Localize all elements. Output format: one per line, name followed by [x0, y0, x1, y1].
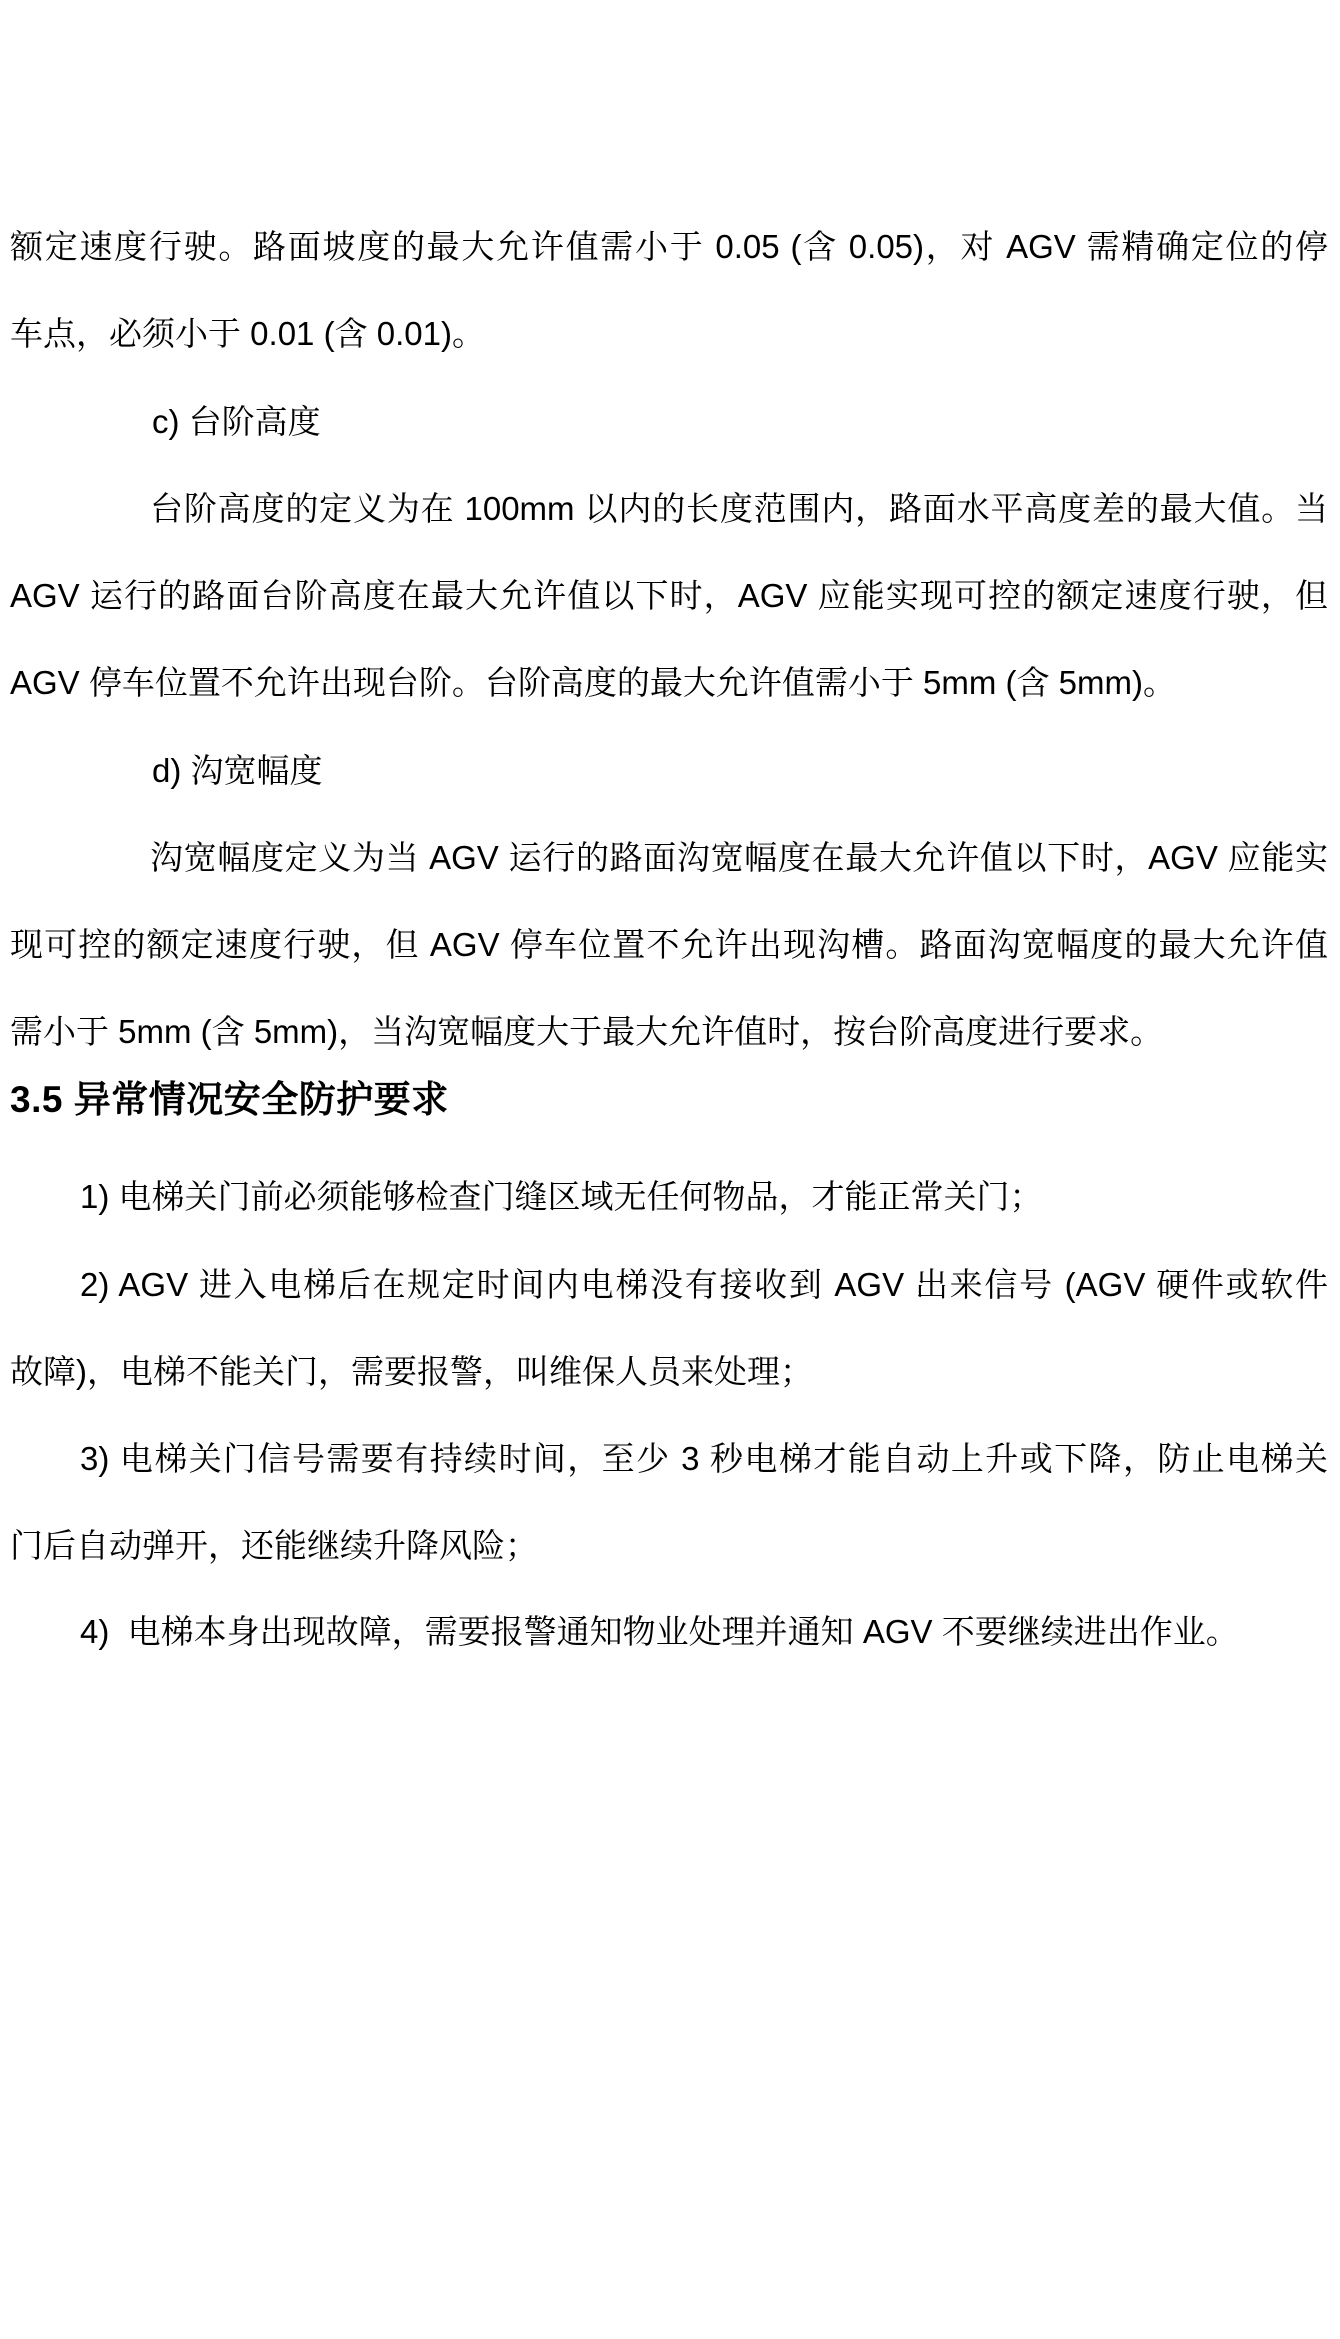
- list-item-d-groove-width: d) 沟宽幅度: [10, 749, 1328, 792]
- para-slope-line-1: 额定速度行驶。路面坡度的最大允许值需小于 0.05 (含 0.05)，对 AGV…: [10, 225, 1328, 268]
- numbered-item-1: 1) 电梯关门前必须能够检查门缝区域无任何物品，才能正常关门；: [10, 1175, 1328, 1218]
- numbered-item-2-line-1: 2) AGV 进入电梯后在规定时间内电梯没有接收到 AGV 出来信号 (AGV …: [10, 1263, 1328, 1306]
- numbered-item-3-line-2: 门后自动弹开，还能继续升降风险；: [10, 1524, 1328, 1567]
- numbered-item-3-line-1: 3) 电梯关门信号需要有持续时间，至少 3 秒电梯才能自动上升或下降，防止电梯关: [10, 1437, 1328, 1480]
- para-step-height-line-3: AGV 停车位置不允许出现台阶。台阶高度的最大允许值需小于 5mm (含 5mm…: [10, 661, 1328, 704]
- para-groove-width-line-1: 沟宽幅度定义为当 AGV 运行的路面沟宽幅度在最大允许值以下时，AGV 应能实: [10, 836, 1328, 879]
- list-item-c-step-height: c) 台阶高度: [10, 400, 1328, 443]
- section-heading-3-5: 3.5 异常情况安全防护要求: [10, 1077, 1328, 1123]
- para-step-height-line-2: AGV 运行的路面台阶高度在最大允许值以下时，AGV 应能实现可控的额定速度行驶…: [10, 574, 1328, 617]
- numbered-item-2-line-2: 故障)，电梯不能关门，需要报警，叫维保人员来处理；: [10, 1350, 1328, 1393]
- document-page: 额定速度行驶。路面坡度的最大允许值需小于 0.05 (含 0.05)，对 AGV…: [0, 0, 1340, 2339]
- para-step-height-line-1: 台阶高度的定义为在 100mm 以内的长度范围内，路面水平高度差的最大值。当: [10, 487, 1328, 530]
- para-groove-width-line-2: 现可控的额定速度行驶，但 AGV 停车位置不允许出现沟槽。路面沟宽幅度的最大允许…: [10, 923, 1328, 966]
- para-groove-width-line-3: 需小于 5mm (含 5mm)，当沟宽幅度大于最大允许值时，按台阶高度进行要求。: [10, 1010, 1328, 1053]
- para-slope-line-2: 车点，必须小于 0.01 (含 0.01)。: [10, 312, 1328, 355]
- numbered-item-4: 4) 电梯本身出现故障，需要报警通知物业处理并通知 AGV 不要继续进出作业。: [10, 1610, 1328, 1653]
